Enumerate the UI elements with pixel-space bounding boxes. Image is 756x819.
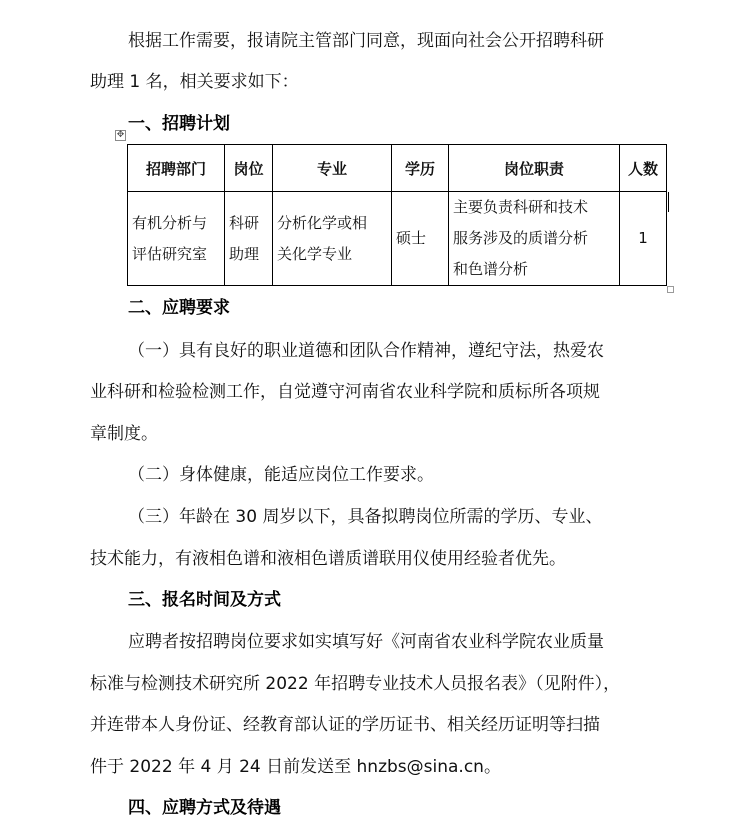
intro-line-1: 根据工作需要，报请院主管部门同意，现面向社会公开招聘科研 [128,30,604,52]
section-1-heading: 一、招聘计划 [128,113,230,135]
cell-duties-line-1: 主要负责科研和技术 [453,192,615,223]
cell-degree: 硕士 [392,192,449,286]
apply-line-4: 件于 2022 年 4 月 24 日前发送至 hnzbs@sina.cn。 [90,756,501,778]
table-row: 有机分析与 评估研究室 科研 助理 分析化学或相 关化学专业 硕士 主要负责科研… [128,192,667,286]
apply-line-1: 应聘者按招聘岗位要求如实填写好《河南省农业科学院农业质量 [128,631,604,653]
table-header-row: 招聘部门 岗位 专业 学历 岗位职责 人数 [128,145,667,192]
cell-major-line-1: 分析化学或相 [277,208,387,239]
section-2-heading: 二、应聘要求 [128,297,230,319]
header-major: 专业 [273,145,392,192]
req-1-line-1: （一）具有良好的职业道德和团队合作精神，遵纪守法，热爱农 [128,340,604,362]
cell-department-line-1: 有机分析与 [132,208,220,239]
req-3-line-2: 技术能力，有液相色谱和液相色谱质谱联用仪使用经验者优先。 [90,548,566,570]
section-4-heading: 四、应聘方式及待遇 [128,797,281,819]
text-cursor [668,192,669,212]
cell-position: 科研 助理 [225,192,273,286]
section-3-heading: 三、报名时间及方式 [128,589,281,611]
table-move-handle-icon[interactable]: ✥ [115,130,126,141]
header-position: 岗位 [225,145,273,192]
cell-major: 分析化学或相 关化学专业 [273,192,392,286]
cell-major-line-2: 关化学专业 [277,239,387,270]
cell-duties-line-3: 和色谱分析 [453,254,615,285]
cell-count: 1 [620,192,667,286]
cell-department: 有机分析与 评估研究室 [128,192,225,286]
req-2-line-1: （二）身体健康，能适应岗位工作要求。 [128,464,434,486]
cell-duties-line-2: 服务涉及的质谱分析 [453,223,615,254]
cell-position-line-1: 科研 [229,208,268,239]
cell-duties: 主要负责科研和技术 服务涉及的质谱分析 和色谱分析 [449,192,620,286]
header-department: 招聘部门 [128,145,225,192]
cell-position-line-2: 助理 [229,239,268,270]
table-resize-handle-icon[interactable] [667,286,674,293]
header-duties: 岗位职责 [449,145,620,192]
header-degree: 学历 [392,145,449,192]
req-1-line-3: 章制度。 [90,423,158,445]
cell-department-line-2: 评估研究室 [132,239,220,270]
intro-line-2: 助理 1 名，相关要求如下： [90,71,299,93]
apply-line-2: 标准与检测技术研究所 2022 年招聘专业技术人员报名表》（见附件）， [90,673,620,695]
recruitment-plan-table: 招聘部门 岗位 专业 学历 岗位职责 人数 有机分析与 评估研究室 科研 助理 … [127,144,667,286]
req-3-line-1: （三）年龄在 30 周岁以下，具备拟聘岗位所需的学历、专业、 [128,506,602,528]
header-count: 人数 [620,145,667,192]
apply-line-3: 并连带本人身份证、经教育部认证的学历证书、相关经历证明等扫描 [90,714,600,736]
req-1-line-2: 业科研和检验检测工作，自觉遵守河南省农业科学院和质标所各项规 [90,381,600,403]
